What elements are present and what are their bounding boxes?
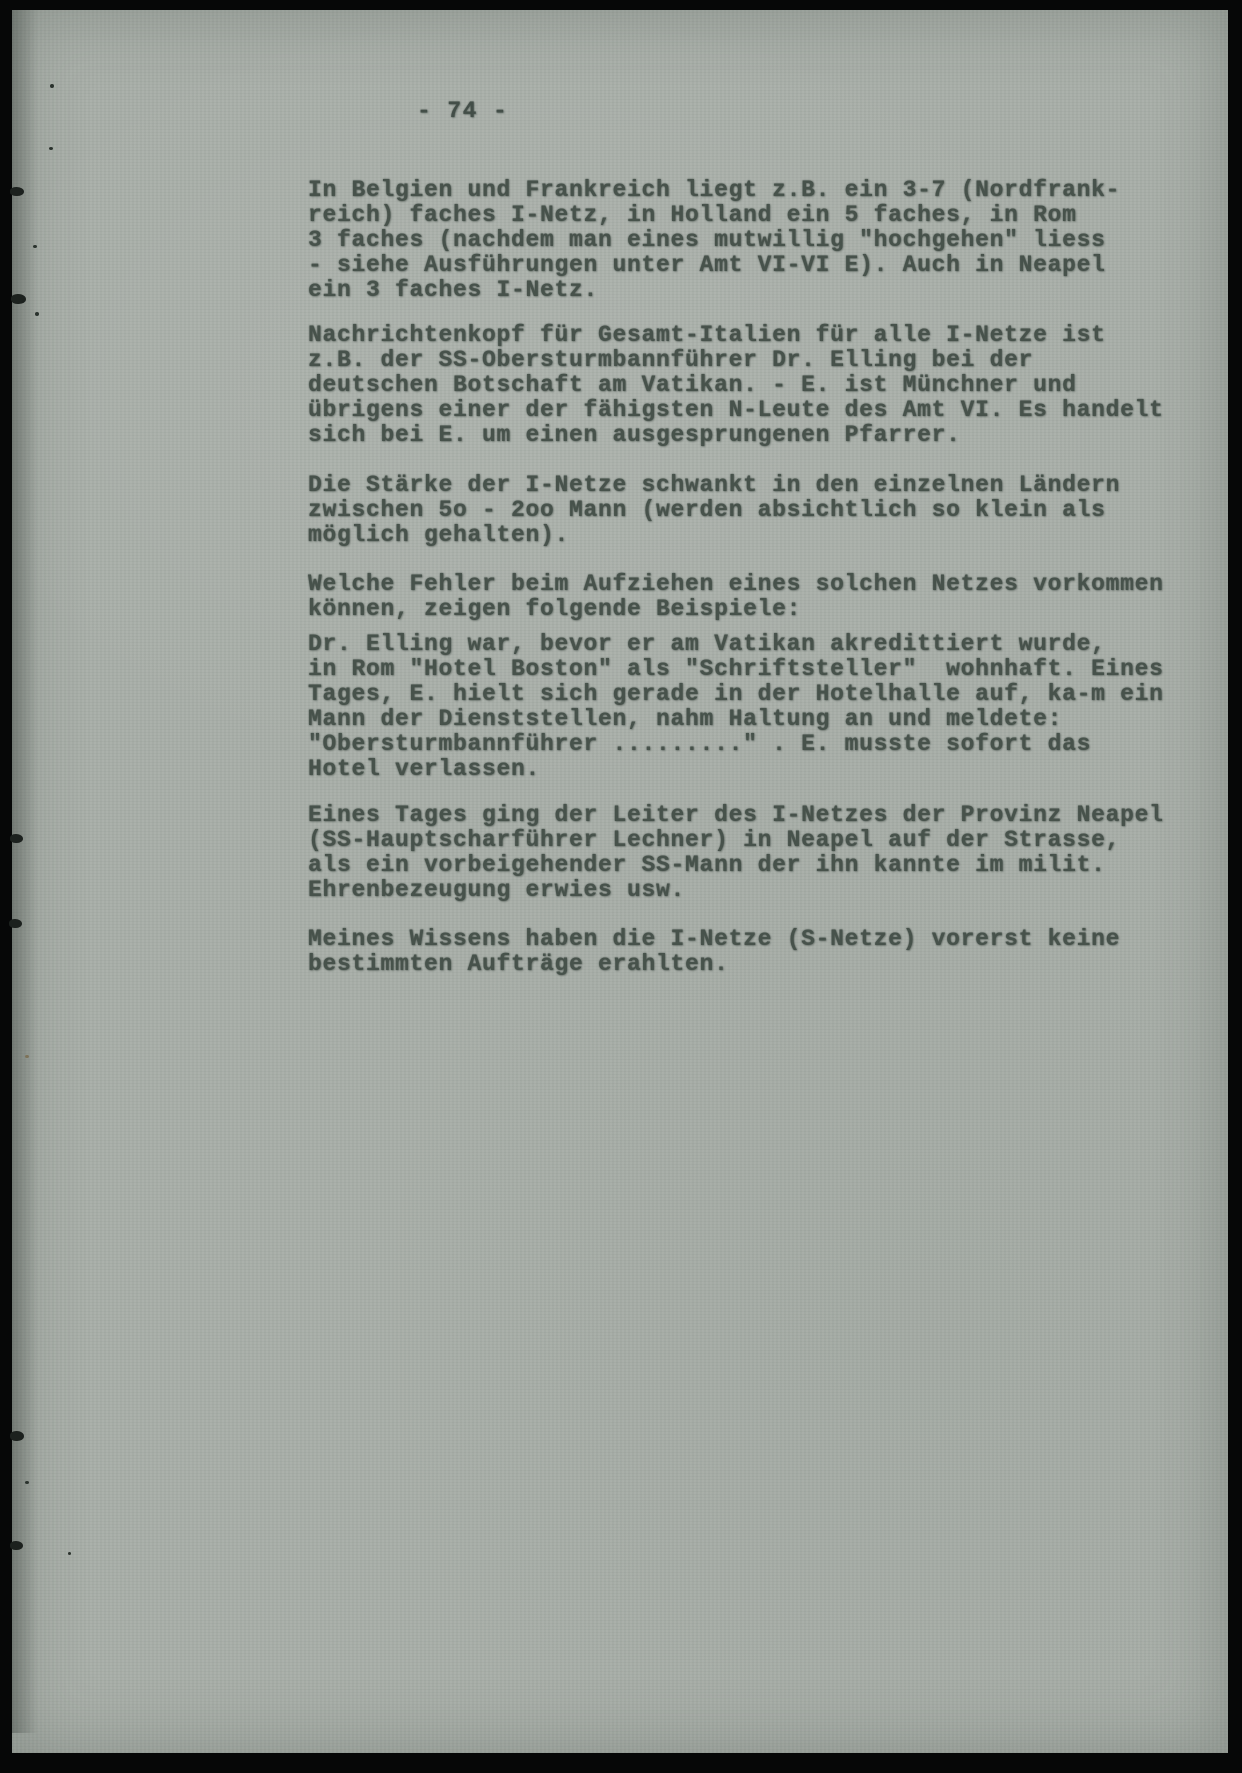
paragraph: Meines Wissens haben die I-Netze (S-Netz… <box>308 927 1242 977</box>
dust-dot <box>50 84 54 88</box>
paragraph: In Belgien und Frankreich liegt z.B. ein… <box>308 178 1242 303</box>
dust-dot <box>35 312 39 316</box>
left-edge-shadow <box>12 10 38 1733</box>
dust-dot <box>33 245 37 248</box>
ink-speck <box>10 187 24 196</box>
paragraph: Die Stärke der I-Netze schwankt in den e… <box>308 473 1242 548</box>
ink-speck <box>11 294 26 304</box>
dust-dot <box>49 147 53 150</box>
ink-speck <box>10 1541 23 1550</box>
paragraph: Eines Tages ging der Leiter des I-Netzes… <box>308 803 1242 903</box>
ink-speck <box>10 1431 24 1441</box>
paragraph: Welche Fehler beim Aufziehen eines solch… <box>308 572 1242 622</box>
document-body-text: In Belgien und Frankreich liegt z.B. ein… <box>308 178 1242 977</box>
page-number: - 74 - <box>417 98 508 124</box>
paragraph: Dr. Elling war, bevor er am Vatikan akre… <box>308 632 1242 782</box>
dust-dot <box>25 1055 29 1058</box>
ink-speck <box>9 919 22 928</box>
ink-speck <box>10 834 23 843</box>
dust-dot <box>25 1481 29 1484</box>
scanned-document-page: { "document": { "page_number": "- 74 -",… <box>0 0 1242 1773</box>
dust-dot <box>68 1552 71 1555</box>
paper-sheet: - 74 - In Belgien und Frankreich liegt z… <box>12 10 1228 1753</box>
paragraph: Nachrichtenkopf für Gesamt-Italien für a… <box>308 323 1242 448</box>
